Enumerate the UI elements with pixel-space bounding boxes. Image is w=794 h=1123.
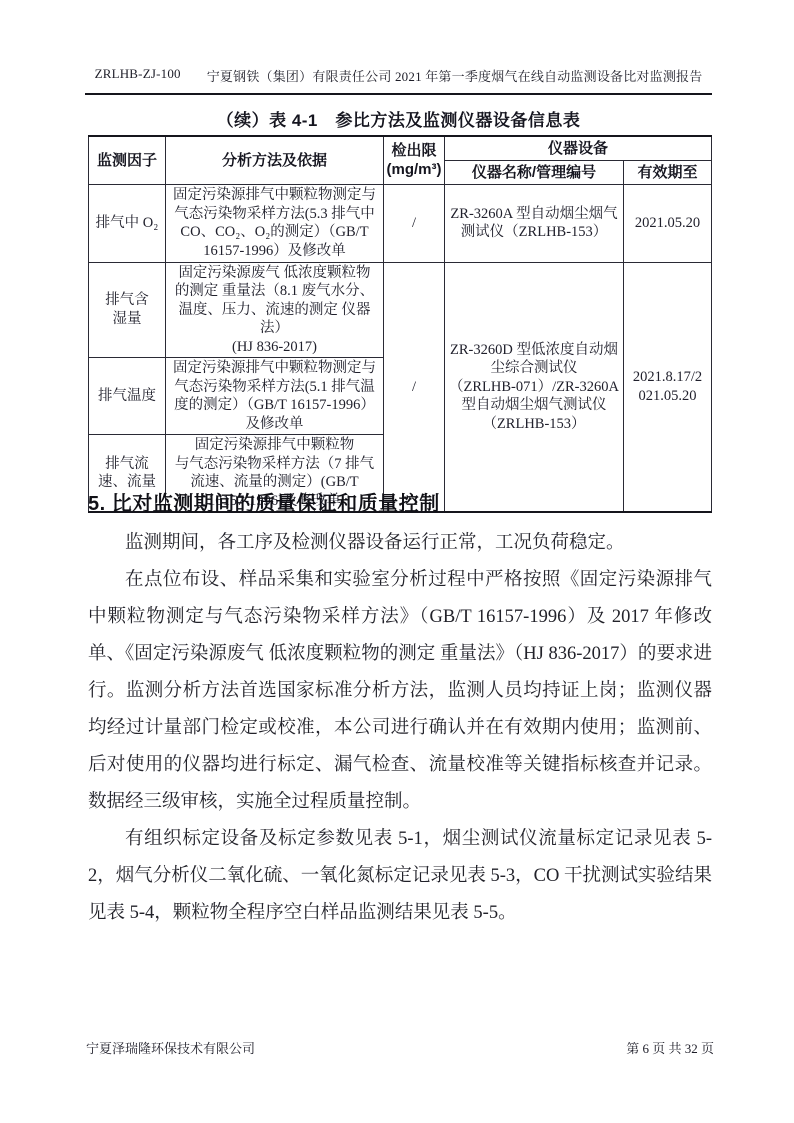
table-title: （续）表 4-1 参比方法及监测仪器设备信息表 [85,106,712,131]
header-valid-until: 有效期至 [624,160,712,184]
running-header: ZRLHB-ZJ-100 宁夏钢铁（集团）有限责任公司 2021 年第一季度烟气… [85,66,712,95]
paragraph: 在点位布设、样品采集和实验室分析过程中严格按照《固定污染源排气中颗粒物测定与气态… [88,562,712,821]
paragraph: 有组织标定设备及标定参数见表 5-1，烟尘测试仪流量标定记录见表 5-2，烟气分… [88,821,712,932]
table-row: 排气含 湿量 固定污染源废气 低浓度颗粒物 的测定 重量法（8.1 废气水分、 … [89,262,712,358]
header-instrument-name: 仪器名称/管理编号 [445,160,624,184]
document-page: ZRLHB-ZJ-100 宁夏钢铁（集团）有限责任公司 2021 年第一季度烟气… [0,0,794,1123]
doc-title: 宁夏钢铁（集团）有限责任公司 2021 年第一季度烟气在线自动监测设备比对监测报… [207,66,703,85]
paragraph: 监测期间，各工序及检测仪器设备运行正常，工况负荷稳定。 [88,525,712,562]
footer-company: 宁夏泽瑞隆环保技术有限公司 [86,1038,255,1057]
valid-until-cell: 2021.8.17/2 021.05.20 [624,262,712,512]
factor-cell: 排气中 O₂ [89,184,166,262]
instrument-cell: ZR-3260D 型低浓度自动烟 尘综合测试仪 （ZRLHB-071）/ZR-3… [445,262,624,512]
method-cell: 固定污染源废气 低浓度颗粒物 的测定 重量法（8.1 废气水分、 温度、压力、流… [166,262,384,358]
factor-cell: 排气含 湿量 [89,262,166,358]
detection-limit-cell: / [384,184,445,262]
header-factor: 监测因子 [89,136,166,184]
detection-limit-cell: / [384,262,445,512]
footer-page-number: 第 6 页 共 32 页 [626,1038,714,1057]
section-heading: 5. 比对监测期间的质量保证和质量控制 [88,487,440,516]
doc-code: ZRLHB-ZJ-100 [95,66,181,85]
header-method: 分析方法及依据 [166,136,384,184]
method-cell: 固定污染源排气中颗粒物测定与 气态污染物采样方法(5.1 排气温 度的测定）（G… [166,358,384,435]
factor-cell: 排气温度 [89,358,166,435]
table-row: 排气中 O₂ 固定污染源排气中颗粒物测定与 气态污染物采样方法(5.3 排气中 … [89,184,712,262]
section-body: 监测期间，各工序及检测仪器设备运行正常，工况负荷稳定。 在点位布设、样品采集和实… [88,525,712,932]
header-detection-limit: 检出限 (mg/m³) [384,136,445,184]
method-instrument-table: 监测因子 分析方法及依据 检出限 (mg/m³) 仪器设备 仪器名称/管理编号 … [88,135,712,513]
running-footer: 宁夏泽瑞隆环保技术有限公司 第 6 页 共 32 页 [86,1038,714,1057]
header-instrument-group: 仪器设备 [445,136,712,160]
instrument-cell: ZR-3260A 型自动烟尘烟气 测试仪（ZRLHB-153） [445,184,624,262]
method-cell: 固定污染源排气中颗粒物测定与 气态污染物采样方法(5.3 排气中 CO、CO₂、… [166,184,384,262]
valid-until-cell: 2021.05.20 [624,184,712,262]
